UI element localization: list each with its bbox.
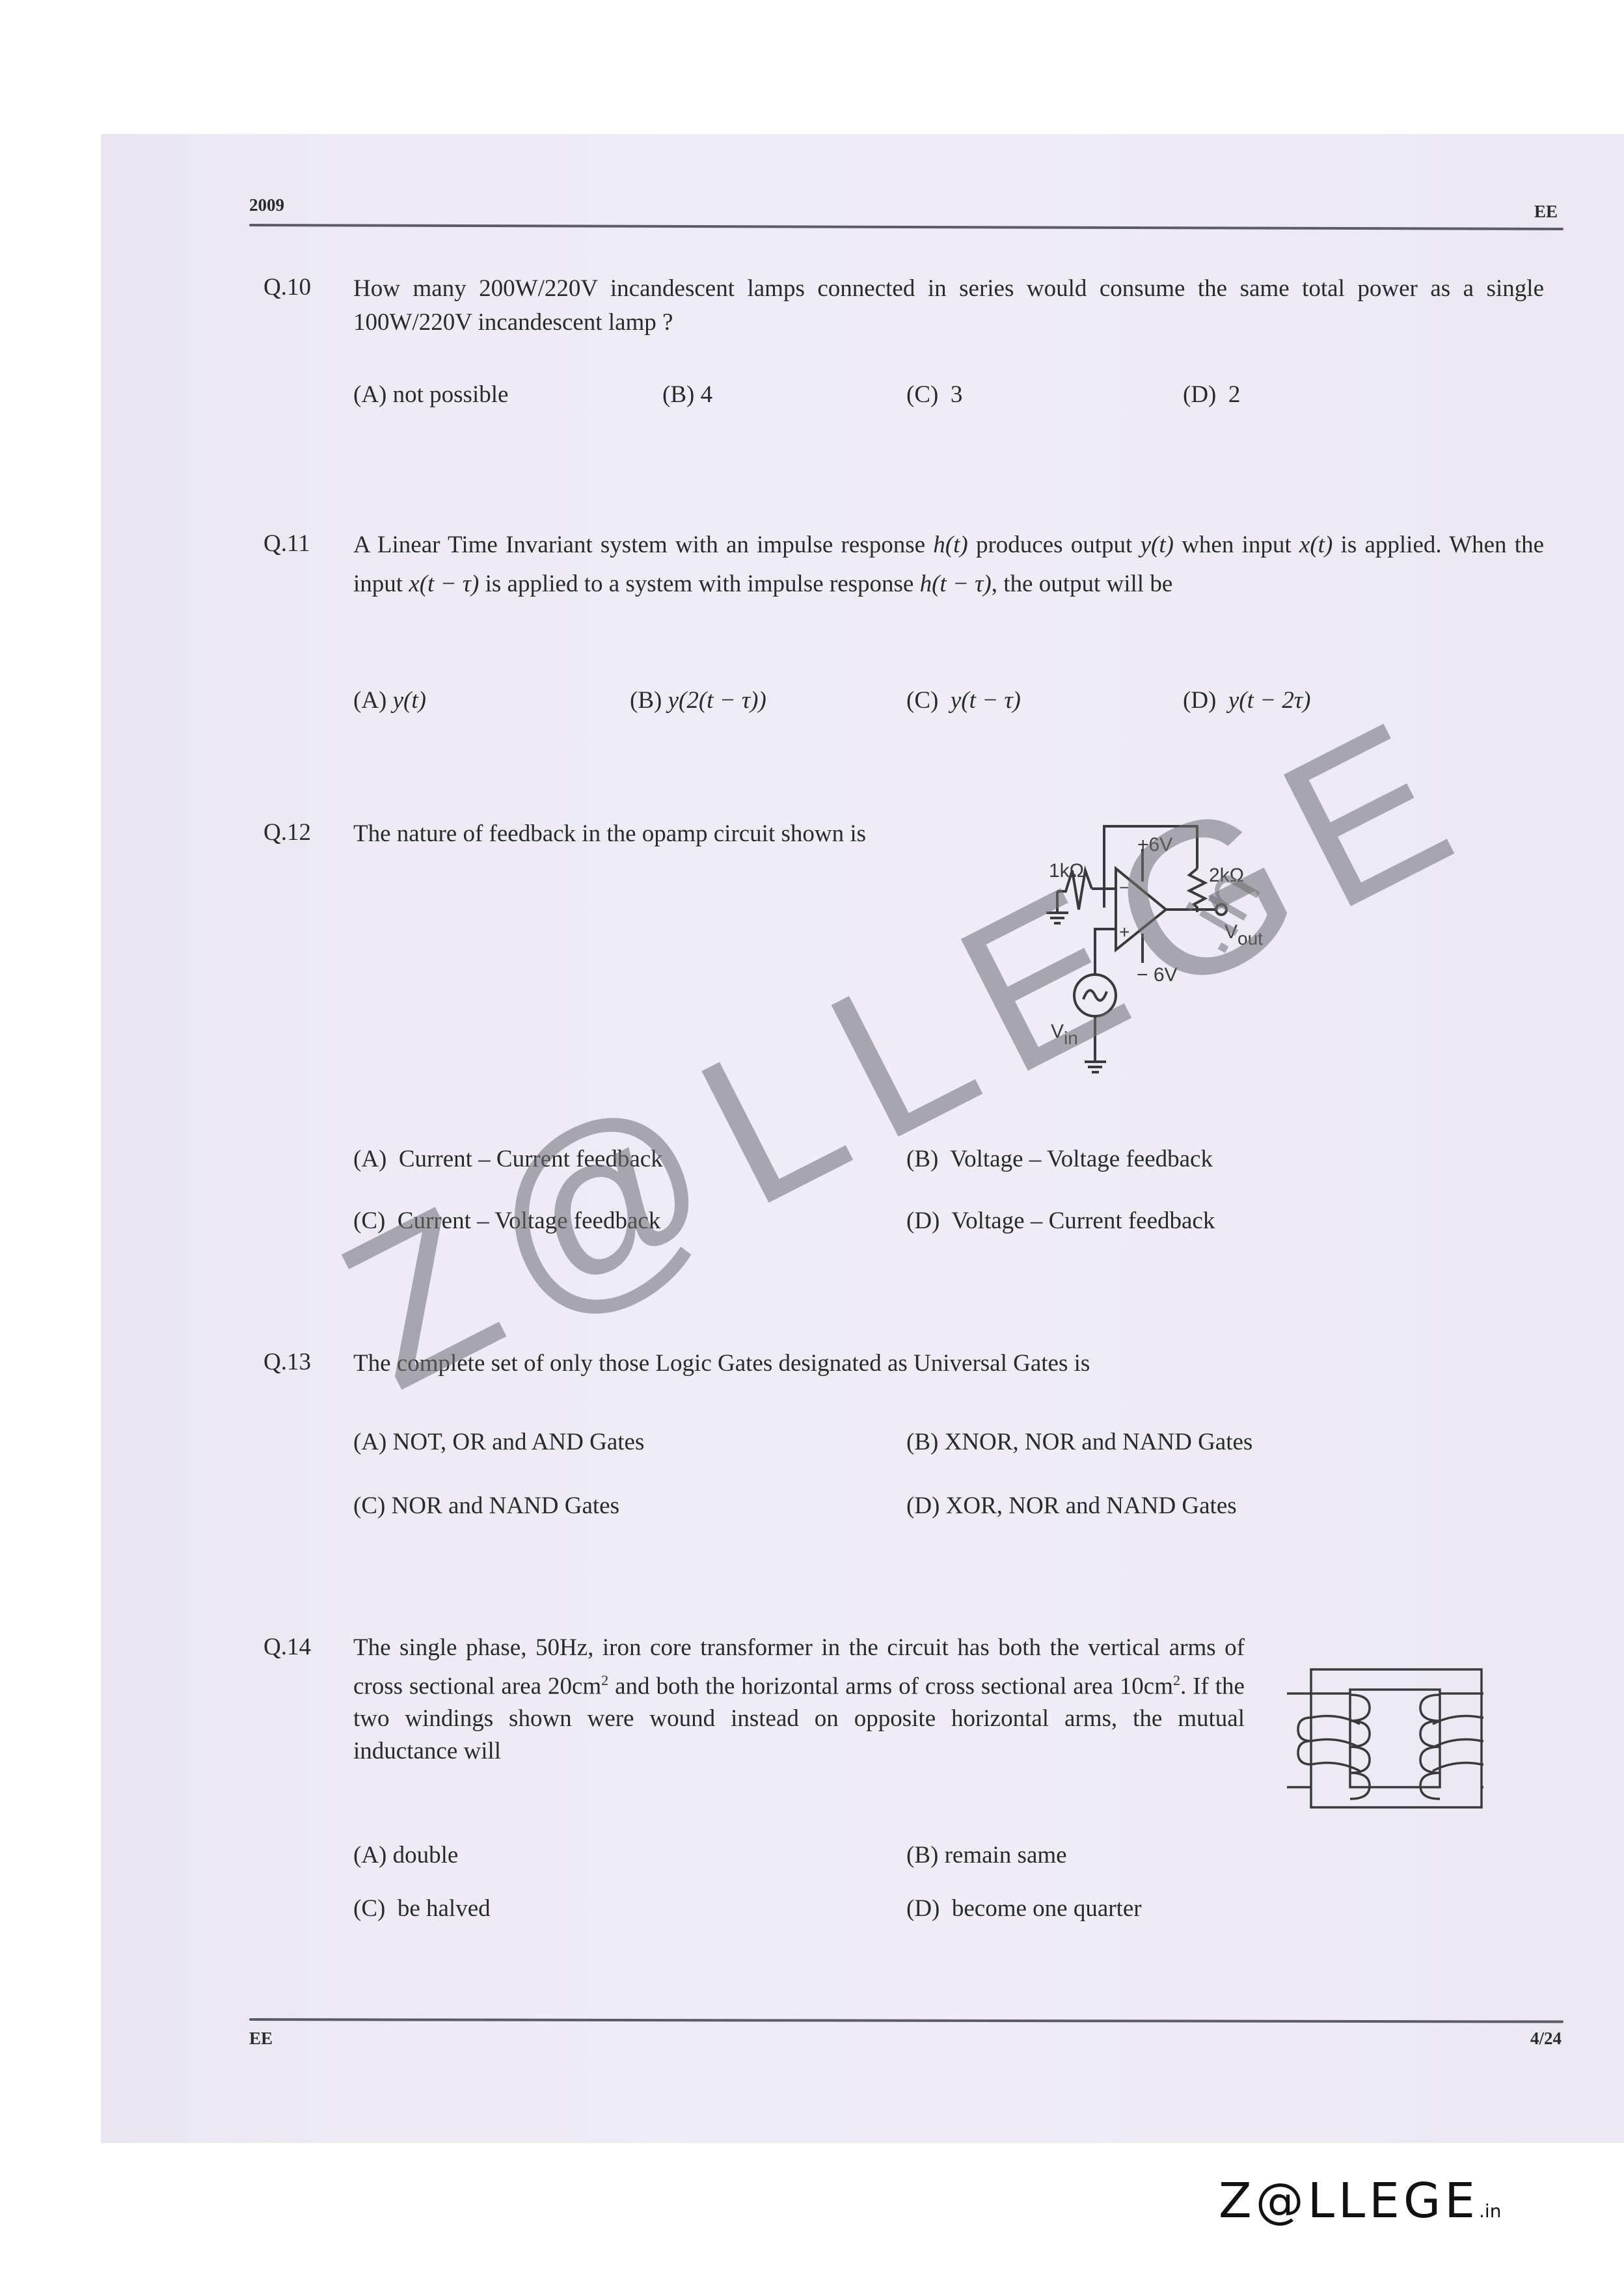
- q12-option-b[interactable]: (B) Voltage – Voltage feedback: [906, 1145, 1213, 1173]
- header-paper-code: EE: [1534, 202, 1558, 222]
- q12-text: The nature of feedback in the opamp circ…: [353, 817, 1069, 851]
- q13-option-c[interactable]: (C) NOR and NAND Gates: [353, 1492, 619, 1520]
- q10-option-a[interactable]: (A) not possible: [353, 381, 508, 409]
- inverting-sign: −: [1119, 878, 1129, 897]
- q12-option-a[interactable]: (A) Current – Current feedback: [353, 1145, 663, 1173]
- q10-number: Q.10: [264, 273, 311, 301]
- header-year: 2009: [249, 195, 284, 215]
- opamp-circuit-diagram: 1kΩ 2kΩ +6V − 6V − + Vout Vin: [1008, 800, 1562, 1093]
- v-pos-label: +6V: [1137, 834, 1172, 856]
- q10-text: How many 200W/220V incandescent lamps co…: [353, 272, 1544, 340]
- q11-option-b[interactable]: (B) y(2(t − τ)): [630, 686, 766, 714]
- q12-option-c[interactable]: (C) Current – Voltage feedback: [353, 1207, 660, 1235]
- footer-page-number: 4/24: [1530, 2029, 1562, 2049]
- q14-option-c[interactable]: (C) be halved: [353, 1895, 491, 1923]
- r-in-label: 1kΩ: [1049, 860, 1084, 882]
- transformer-diagram: [1275, 1640, 1483, 1809]
- q11-option-c[interactable]: (C) y(t − τ): [906, 686, 1021, 714]
- scanned-page: [101, 134, 1624, 2143]
- footer-paper-code: EE: [249, 2029, 273, 2049]
- q14-option-b[interactable]: (B) remain same: [906, 1841, 1067, 1869]
- q10-option-c[interactable]: (C) 3: [906, 381, 962, 409]
- q13-number: Q.13: [264, 1348, 311, 1376]
- q14-text: The single phase, 50Hz, iron core transf…: [353, 1632, 1245, 1768]
- q11-option-a[interactable]: (A) y(t): [353, 686, 426, 714]
- noninverting-sign: +: [1119, 922, 1130, 942]
- q10-option-d[interactable]: (D) 2: [1183, 381, 1240, 409]
- v-neg-label: − 6V: [1137, 964, 1178, 986]
- q13-option-b[interactable]: (B) XNOR, NOR and NAND Gates: [906, 1428, 1252, 1456]
- q13-option-a[interactable]: (A) NOT, OR and AND Gates: [353, 1428, 644, 1456]
- v-in-label: Vin: [1051, 1021, 1078, 1048]
- q14-option-a[interactable]: (A) double: [353, 1841, 458, 1869]
- q13-option-d[interactable]: (D) XOR, NOR and NAND Gates: [906, 1492, 1237, 1520]
- q14-option-d[interactable]: (D) become one quarter: [906, 1895, 1142, 1923]
- q12-option-d[interactable]: (D) Voltage – Current feedback: [906, 1207, 1215, 1235]
- q11-text: A Linear Time Invariant system with an i…: [353, 526, 1544, 604]
- q11-number: Q.11: [264, 530, 310, 558]
- q14-number: Q.14: [264, 1633, 311, 1661]
- brand-logo[interactable]: Z@LLEGE.in: [1219, 2173, 1501, 2229]
- q11-option-d[interactable]: (D) y(t − 2τ): [1183, 686, 1310, 714]
- q13-text: The complete set of only those Logic Gat…: [353, 1347, 1329, 1381]
- q12-number: Q.12: [264, 818, 311, 846]
- q10-option-b[interactable]: (B) 4: [662, 381, 712, 409]
